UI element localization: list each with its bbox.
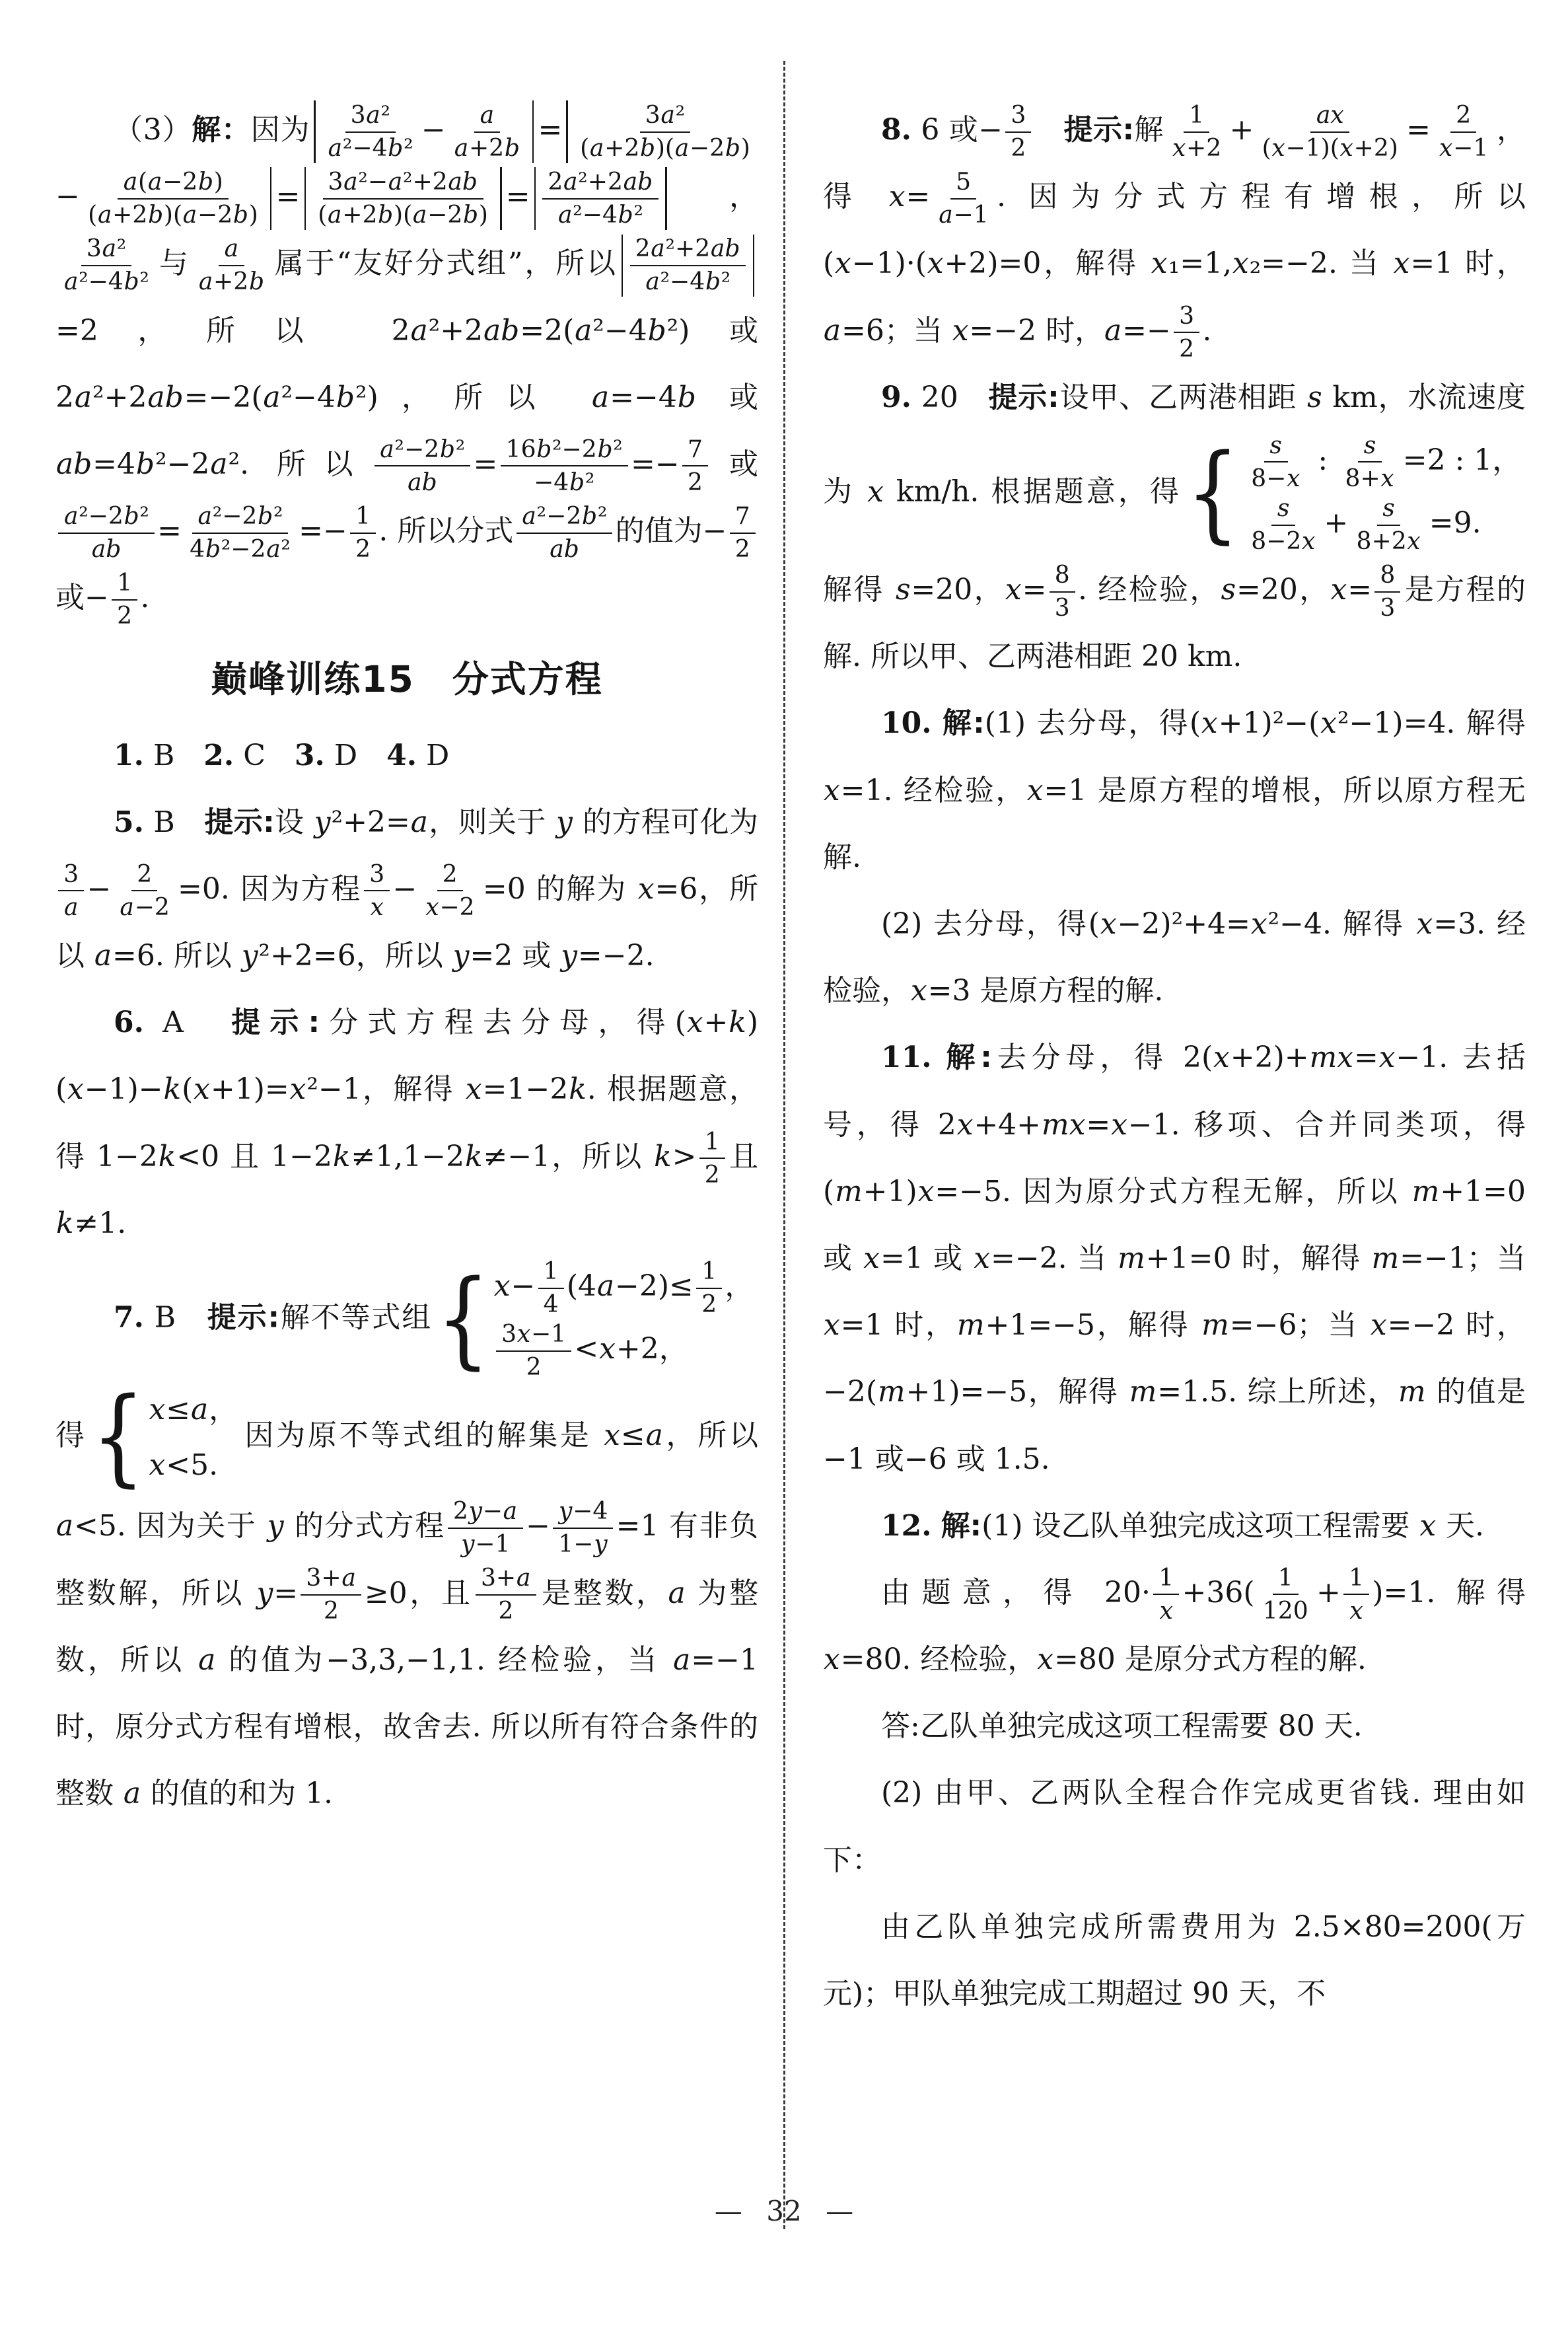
absolute-value-bar xyxy=(665,167,666,230)
section-heading: 巅峰训练15 分式方程 xyxy=(55,654,758,705)
column-divider xyxy=(783,61,785,2229)
fraction: 2a−2 xyxy=(114,860,175,922)
roman-text: C xyxy=(243,739,266,772)
bold-label: 提示: xyxy=(207,1301,279,1335)
fraction: 12 xyxy=(696,1257,722,1319)
item-number: 10. xyxy=(881,706,932,740)
paragraph: (2) 由甲、乙两队全程合作完成更省钱. 理由如下： xyxy=(823,1759,1526,1893)
fraction: 1120 xyxy=(1258,1563,1314,1626)
fraction: 2a²+2aba²−4b² xyxy=(542,167,659,230)
paragraph: 9. 20 提示:设甲、乙两港相距 s km，水流速度为 x km/h. 根据题… xyxy=(823,364,1526,690)
roman-text: A xyxy=(162,1006,184,1039)
paragraph: (2) 去分母，得(x−2)²+4=x²−4. 解得 x=3. 经检验，x=3 … xyxy=(823,891,1526,1024)
fraction: s8+2x xyxy=(1351,494,1427,556)
system-brace: { xyxy=(437,1272,490,1367)
fraction: 16b²−2b²−4b² xyxy=(501,435,628,498)
absolute-value-bar xyxy=(532,100,534,163)
paragraph: 10. 解:(1) 去分母，得(x+1)²−(x²−1)=4. 解得 x=1. … xyxy=(823,690,1526,891)
bold-label: 提示: xyxy=(231,1006,320,1039)
fraction: 2y−ay−1 xyxy=(448,1496,523,1559)
fraction: 72 xyxy=(730,501,756,564)
paragraph: 1. B 2. C 3. D 4. D xyxy=(55,722,758,789)
fraction: 3+a2 xyxy=(301,1563,361,1626)
fraction: 3x−12 xyxy=(496,1319,571,1382)
fraction: 1x xyxy=(1343,1563,1369,1626)
paragraph: （3）解：因为3a²a²−4b²−aa+2b=3a²(a+2b)(a−2b)−a… xyxy=(55,96,758,632)
equation-system: {s8−x : s8+x=2 : 1，s8−2x+s8+2x=9. xyxy=(1186,431,1522,556)
fraction: 32 xyxy=(1174,301,1199,364)
fraction: a²−2b²ab xyxy=(58,501,155,564)
fraction: 3a xyxy=(58,860,84,922)
fraction: 2x−1 xyxy=(1433,100,1493,163)
fraction: 1x xyxy=(1153,1563,1179,1626)
answer-page: （3）解：因为3a²a²−4b²−aa+2b=3a²(a+2b)(a−2b)−a… xyxy=(0,0,1568,2325)
paragraph: 5. B 提示:设 y²+2=a，则关于 y 的方程可化为3a−2a−2=0. … xyxy=(55,789,758,990)
bold-label: 解: xyxy=(946,1041,991,1074)
fraction: 14 xyxy=(538,1257,564,1319)
system-brace: { xyxy=(91,1390,145,1485)
item-number: 3. xyxy=(295,739,325,772)
fraction: 3+a2 xyxy=(476,1563,536,1626)
item-number: 4. xyxy=(386,739,417,772)
fraction: 2x−2 xyxy=(420,860,480,922)
item-number: 9. xyxy=(881,381,911,414)
item-number: 2. xyxy=(203,739,234,772)
bold-label: 解: xyxy=(941,1509,982,1543)
roman-text: D xyxy=(426,739,449,772)
equation-system: {x≤a，x<5. xyxy=(91,1382,238,1493)
paragraph: 6. A 提示:分式方程去分母，得(x+k)(x−1)−k(x+1)=x²−1，… xyxy=(55,989,758,1257)
absolute-value-bar xyxy=(534,167,536,230)
roman-text: B xyxy=(153,805,174,839)
fraction: a²−2b²4b²−2a² xyxy=(184,501,295,564)
paragraph: 由乙队单独完成所需费用为 2.5×80=200(万元)；甲队单独完成工期超过 9… xyxy=(823,1894,1526,2027)
fraction: a(a−2b)(a+2b)(a−2b) xyxy=(83,167,264,230)
system-brace: { xyxy=(1186,446,1240,541)
fraction: 72 xyxy=(682,435,708,498)
fraction: 12 xyxy=(112,568,137,631)
fraction: 32 xyxy=(1005,100,1031,163)
fraction: a²−2b²ab xyxy=(517,501,613,564)
fraction: y−41−y xyxy=(553,1496,613,1559)
fraction: s8−x xyxy=(1246,431,1306,494)
bold-label: 解: xyxy=(943,706,985,740)
roman-text: B xyxy=(153,739,174,772)
fraction: aa+2b xyxy=(448,100,526,163)
absolute-value-bar xyxy=(753,235,754,297)
fraction: 12 xyxy=(350,501,376,564)
absolute-value-bar xyxy=(270,167,271,230)
fraction: s8+x xyxy=(1340,431,1400,494)
absolute-value-bar xyxy=(500,167,501,230)
fraction: s8−2x xyxy=(1246,494,1321,556)
fraction: 83 xyxy=(1050,560,1075,623)
fraction: 12 xyxy=(699,1127,725,1190)
item-number: 12. xyxy=(881,1509,932,1543)
bold-label: 提示: xyxy=(1064,113,1135,147)
right-column: 8. 6 或−32 提示:解1x+2+ax(x−1)(x+2)=2x−1，得 x… xyxy=(823,96,1526,2027)
roman-text: km xyxy=(1188,640,1232,673)
paragraph: 7. B 提示:解不等式组{x−14(4a−2)≤12，3x−12<x+2，得{… xyxy=(55,1257,758,1827)
paragraph: 11. 解:去分母，得 2(x+2)+mx=x−1. 去括号，得 2x+4+mx… xyxy=(823,1024,1526,1492)
item-number: 11. xyxy=(881,1041,932,1074)
fraction: 3x xyxy=(364,860,390,922)
fraction: 3a²a²−4b² xyxy=(58,234,155,297)
roman-text: B xyxy=(155,1301,176,1335)
item-number: 8. xyxy=(881,113,911,147)
item-number: 6. xyxy=(114,1006,144,1039)
fraction: 3a²(a+2b)(a−2b) xyxy=(575,100,756,163)
absolute-value-bar xyxy=(304,167,306,230)
item-number: 1. xyxy=(114,739,144,772)
fraction: aa+2b xyxy=(193,234,270,297)
equation-system: {x−14(4a−2)≤12，3x−12<x+2， xyxy=(437,1257,754,1382)
bold-label: 解： xyxy=(192,113,250,147)
roman-text: D xyxy=(334,739,357,772)
roman-text: km xyxy=(1332,381,1377,414)
fraction: 3a²−a²+2ab(a+2b)(a−2b) xyxy=(312,167,493,230)
fraction: a²−2b²ab xyxy=(374,435,471,498)
bold-label: 提示: xyxy=(988,381,1059,414)
item-number: 5. xyxy=(114,805,144,839)
roman-text: km/h xyxy=(896,475,970,509)
fraction: 5a−1 xyxy=(933,167,994,230)
paragraph: 8. 6 或−32 提示:解1x+2+ax(x−1)(x+2)=2x−1，得 x… xyxy=(823,96,1526,364)
fraction: 1x+2 xyxy=(1166,100,1227,163)
absolute-value-bar xyxy=(622,235,623,297)
paragraph: 由题意，得 20·1x+36(1120+1x)=1. 解得 x=80. 经检验，… xyxy=(823,1559,1526,1693)
paragraph: 答:乙队单独完成这项工程需要 80 天. xyxy=(823,1693,1526,1759)
page-number: — 32 — xyxy=(0,2195,1568,2227)
fraction: 83 xyxy=(1374,560,1400,623)
absolute-value-bar xyxy=(566,100,567,163)
paragraph: 12. 解:(1) 设乙队单独完成这项工程需要 x 天. xyxy=(823,1493,1526,1559)
fraction: 3a²a²−4b² xyxy=(322,100,419,163)
fraction: 2a²+2aba²−4b² xyxy=(630,234,746,297)
absolute-value-bar xyxy=(314,100,315,163)
item-number: 7. xyxy=(114,1301,144,1335)
bold-label: 提示: xyxy=(204,805,274,839)
left-column: （3）解：因为3a²a²−4b²−aa+2b=3a²(a+2b)(a−2b)−a… xyxy=(55,96,758,1827)
fraction: ax(x−1)(x+2) xyxy=(1257,100,1404,163)
